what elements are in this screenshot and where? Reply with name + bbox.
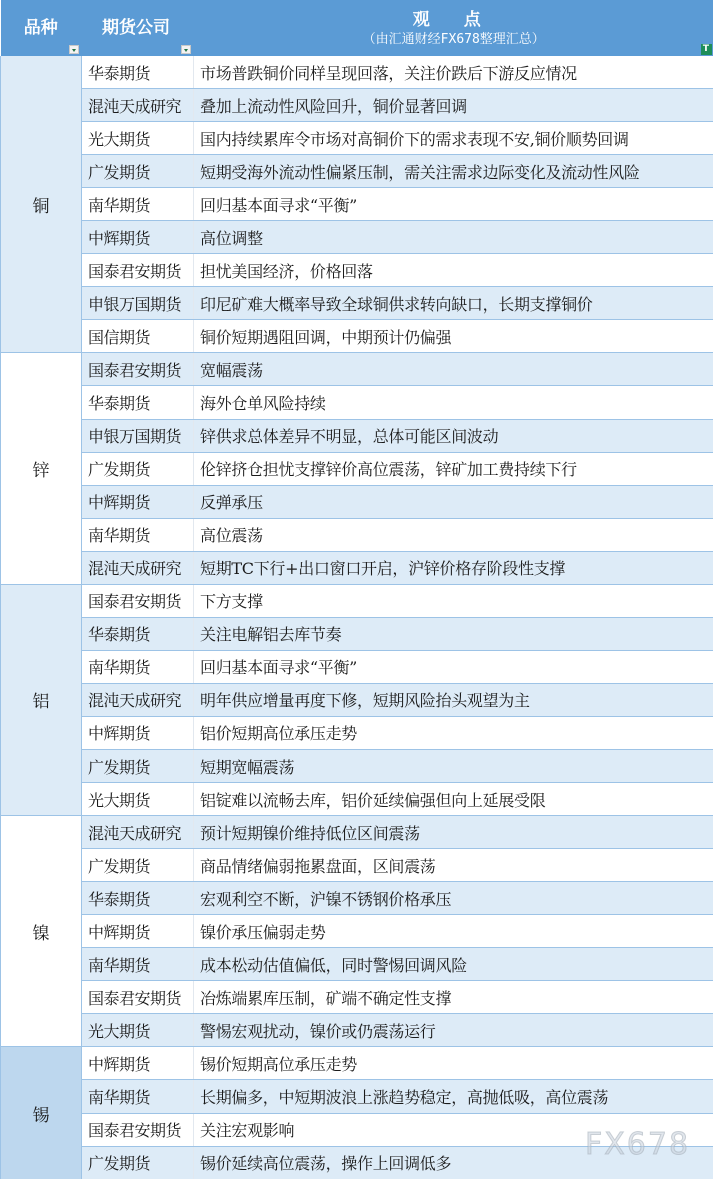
table-row: 南华期货长期偏多，中短期波浪上涨趋势稳定，高抛低吸，高位震荡 [1, 1080, 713, 1113]
view-cell[interactable]: 下方支撑 [194, 584, 713, 617]
view-cell[interactable]: 铜价短期遇阻回调，中期预计仍偏强 [194, 320, 713, 353]
company-cell[interactable]: 国泰君安期货 [82, 1113, 194, 1146]
table-row: 广发期货短期宽幅震荡 [1, 749, 713, 782]
company-cell[interactable]: 广发期货 [82, 749, 194, 782]
view-cell[interactable]: 铝锭难以流畅去库，铝价延续偏强但向上延展受限 [194, 783, 713, 816]
view-cell[interactable]: 担忧美国经济，价格回落 [194, 254, 713, 287]
view-cell[interactable]: 宽幅震荡 [194, 353, 713, 386]
view-cell[interactable]: 关注宏观影响 [194, 1113, 713, 1146]
view-cell[interactable]: 冶炼端累库压制，矿端不确定性支撑 [194, 981, 713, 1014]
company-cell[interactable]: 国信期货 [82, 320, 194, 353]
view-cell[interactable]: 警惕宏观扰动，镍价或仍震荡运行 [194, 1014, 713, 1047]
category-cell[interactable]: 铝 [1, 584, 82, 815]
table-body: 铜华泰期货市场普跌铜价同样呈现回落，关注价跌后下游反应情况混沌天成研究叠加上流动… [1, 56, 713, 1179]
company-cell[interactable]: 光大期货 [82, 122, 194, 155]
view-cell[interactable]: 叠加上流动性风险回升，铜价显著回调 [194, 89, 713, 122]
company-cell[interactable]: 中辉期货 [82, 485, 194, 518]
company-cell[interactable]: 南华期货 [82, 518, 194, 551]
company-cell[interactable]: 南华期货 [82, 948, 194, 981]
view-cell[interactable]: 回归基本面寻求“平衡” [194, 188, 713, 221]
company-cell[interactable]: 广发期货 [82, 452, 194, 485]
view-cell[interactable]: 宏观利空不断，沪镍不锈钢价格承压 [194, 882, 713, 915]
view-cell[interactable]: 锡价短期高位承压走势 [194, 1047, 713, 1080]
view-cell[interactable]: 成本松动估值偏低，同时警惕回调风险 [194, 948, 713, 981]
category-cell[interactable]: 锌 [1, 353, 82, 584]
view-cell[interactable]: 回归基本面寻求“平衡” [194, 650, 713, 683]
company-cell[interactable]: 广发期货 [82, 849, 194, 882]
category-cell[interactable]: 锡 [1, 1047, 82, 1179]
filter-active-icon[interactable]: T [701, 44, 712, 55]
table-row: 南华期货回归基本面寻求“平衡” [1, 650, 713, 683]
table-row: 中辉期货铝价短期高位承压走势 [1, 716, 713, 749]
company-cell[interactable]: 华泰期货 [82, 882, 194, 915]
table-row: 广发期货商品情绪偏弱拖累盘面，区间震荡 [1, 849, 713, 882]
table-row: 中辉期货镍价承压偏弱走势 [1, 915, 713, 948]
view-cell[interactable]: 短期宽幅震荡 [194, 749, 713, 782]
company-cell[interactable]: 国泰君安期货 [82, 981, 194, 1014]
table-row: 锌国泰君安期货宽幅震荡 [1, 353, 713, 386]
futures-views-table: 品种 期货公司 观 点 （由汇通财经FX678整理汇总） T 铜华泰期货市场普跌… [0, 0, 713, 1179]
view-cell[interactable]: 预计短期镍价维持低位区间震荡 [194, 816, 713, 849]
company-cell[interactable]: 广发期货 [82, 155, 194, 188]
company-cell[interactable]: 广发期货 [82, 1146, 194, 1179]
table-row: 申银万国期货印尼矿难大概率导致全球铜供求转向缺口，长期支撑铜价 [1, 287, 713, 320]
company-cell[interactable]: 光大期货 [82, 783, 194, 816]
table-row: 铜华泰期货市场普跌铜价同样呈现回落，关注价跌后下游反应情况 [1, 56, 713, 89]
company-cell[interactable]: 混沌天成研究 [82, 551, 194, 584]
company-cell[interactable]: 混沌天成研究 [82, 816, 194, 849]
view-cell[interactable]: 关注电解铝去库节奏 [194, 617, 713, 650]
company-cell[interactable]: 中辉期货 [82, 915, 194, 948]
table-row: 锡中辉期货锡价短期高位承压走势 [1, 1047, 713, 1080]
header-company: 期货公司 [82, 0, 194, 56]
table-row: 华泰期货关注电解铝去库节奏 [1, 617, 713, 650]
header-row: 品种 期货公司 观 点 （由汇通财经FX678整理汇总） T [1, 0, 713, 56]
company-cell[interactable]: 中辉期货 [82, 716, 194, 749]
table-row: 混沌天成研究叠加上流动性风险回升，铜价显著回调 [1, 89, 713, 122]
company-cell[interactable]: 混沌天成研究 [82, 683, 194, 716]
company-cell[interactable]: 国泰君安期货 [82, 254, 194, 287]
table-row: 混沌天成研究短期TC下行+出口窗口开启，沪锌价格存阶段性支撑 [1, 551, 713, 584]
header-view: 观 点 （由汇通财经FX678整理汇总） T [194, 0, 713, 56]
view-cell[interactable]: 锡价延续高位震荡，操作上回调低多 [194, 1146, 713, 1179]
table-row: 南华期货回归基本面寻求“平衡” [1, 188, 713, 221]
table-row: 镍混沌天成研究预计短期镍价维持低位区间震荡 [1, 816, 713, 849]
view-cell[interactable]: 高位调整 [194, 221, 713, 254]
table-row: 混沌天成研究明年供应增量再度下修，短期风险抬头观望为主 [1, 683, 713, 716]
company-cell[interactable]: 南华期货 [82, 1080, 194, 1113]
header-category-label: 品种 [1, 13, 82, 38]
table-row: 国泰君安期货关注宏观影响 [1, 1113, 713, 1146]
company-cell[interactable]: 混沌天成研究 [82, 89, 194, 122]
table-row: 中辉期货高位调整 [1, 221, 713, 254]
view-cell[interactable]: 高位震荡 [194, 518, 713, 551]
view-cell[interactable]: 铝价短期高位承压走势 [194, 716, 713, 749]
company-cell[interactable]: 南华期货 [82, 188, 194, 221]
header-view-title: 观 点 [194, 5, 713, 30]
company-cell[interactable]: 国泰君安期货 [82, 584, 194, 617]
table-row: 华泰期货海外仓单风险持续 [1, 386, 713, 419]
view-cell[interactable]: 锌供求总体差异不明显，总体可能区间波动 [194, 419, 713, 452]
company-cell[interactable]: 国泰君安期货 [82, 353, 194, 386]
category-cell[interactable]: 铜 [1, 56, 82, 353]
table-row: 申银万国期货锌供求总体差异不明显，总体可能区间波动 [1, 419, 713, 452]
view-cell[interactable]: 伦锌挤仓担忧支撑锌价高位震荡，锌矿加工费持续下行 [194, 452, 713, 485]
company-cell[interactable]: 中辉期货 [82, 1047, 194, 1080]
table-row: 广发期货锡价延续高位震荡，操作上回调低多 [1, 1146, 713, 1179]
company-cell[interactable]: 中辉期货 [82, 221, 194, 254]
view-cell[interactable]: 海外仓单风险持续 [194, 386, 713, 419]
table-row: 国泰君安期货冶炼端累库压制，矿端不确定性支撑 [1, 981, 713, 1014]
table-row: 中辉期货反弹承压 [1, 485, 713, 518]
table-row: 光大期货警惕宏观扰动，镍价或仍震荡运行 [1, 1014, 713, 1047]
header-view-subtitle: （由汇通财经FX678整理汇总） [194, 28, 713, 47]
view-cell[interactable]: 长期偏多，中短期波浪上涨趋势稳定，高抛低吸，高位震荡 [194, 1080, 713, 1113]
table-row: 南华期货高位震荡 [1, 518, 713, 551]
view-cell[interactable]: 商品情绪偏弱拖累盘面，区间震荡 [194, 849, 713, 882]
view-cell[interactable]: 反弹承压 [194, 485, 713, 518]
view-cell[interactable]: 市场普跌铜价同样呈现回落，关注价跌后下游反应情况 [194, 56, 713, 89]
table-row: 华泰期货宏观利空不断，沪镍不锈钢价格承压 [1, 882, 713, 915]
category-cell[interactable]: 镍 [1, 816, 82, 1047]
company-cell[interactable]: 申银万国期货 [82, 287, 194, 320]
view-cell[interactable]: 明年供应增量再度下修，短期风险抬头观望为主 [194, 683, 713, 716]
header-category: 品种 [1, 0, 82, 56]
filter-dropdown-icon[interactable] [69, 45, 79, 54]
table-row: 铝国泰君安期货下方支撑 [1, 584, 713, 617]
table-row: 国信期货铜价短期遇阻回调，中期预计仍偏强 [1, 320, 713, 353]
company-cell[interactable]: 华泰期货 [82, 386, 194, 419]
company-cell[interactable]: 南华期货 [82, 650, 194, 683]
view-cell[interactable]: 短期受海外流动性偏紧压制，需关注需求边际变化及流动性风险 [194, 155, 713, 188]
view-cell[interactable]: 镍价承压偏弱走势 [194, 915, 713, 948]
view-cell[interactable]: 印尼矿难大概率导致全球铜供求转向缺口，长期支撑铜价 [194, 287, 713, 320]
view-cell[interactable]: 国内持续累库令市场对高铜价下的需求表现不安,铜价顺势回调 [194, 122, 713, 155]
table-row: 光大期货国内持续累库令市场对高铜价下的需求表现不安,铜价顺势回调 [1, 122, 713, 155]
table-row: 光大期货铝锭难以流畅去库，铝价延续偏强但向上延展受限 [1, 783, 713, 816]
table-row: 南华期货成本松动估值偏低，同时警惕回调风险 [1, 948, 713, 981]
filter-dropdown-icon[interactable] [181, 45, 191, 54]
view-cell[interactable]: 短期TC下行+出口窗口开启，沪锌价格存阶段性支撑 [194, 551, 713, 584]
company-cell[interactable]: 申银万国期货 [82, 419, 194, 452]
company-cell[interactable]: 光大期货 [82, 1014, 194, 1047]
table-row: 广发期货短期受海外流动性偏紧压制，需关注需求边际变化及流动性风险 [1, 155, 713, 188]
header-company-label: 期货公司 [102, 13, 193, 38]
company-cell[interactable]: 华泰期货 [82, 56, 194, 89]
table-row: 广发期货伦锌挤仓担忧支撑锌价高位震荡，锌矿加工费持续下行 [1, 452, 713, 485]
company-cell[interactable]: 华泰期货 [82, 617, 194, 650]
table-row: 国泰君安期货担忧美国经济，价格回落 [1, 254, 713, 287]
